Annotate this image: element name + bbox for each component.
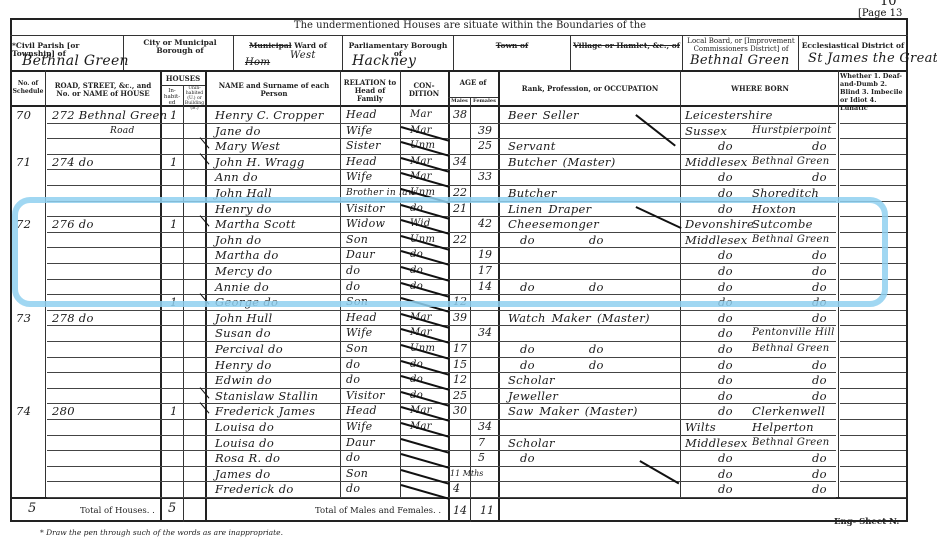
occupation: do do [520,342,604,356]
col-males: Males [449,98,470,104]
col-road: ROAD, STREET, &c., and No. or NAME of HO… [48,82,158,98]
birthplace-parish: do [812,311,827,325]
birthplace-parish: do [812,467,827,481]
house-address: 278 do [52,311,94,325]
row-divider-infirmity [840,154,906,155]
female-age: 34 [478,420,492,434]
row-divider-infirmity [840,123,906,124]
schedule-number: 73 [16,311,31,325]
relation: Head [346,155,377,169]
birthplace-county: do [718,311,733,325]
col-schedule: No. of Schedule [11,80,45,96]
birthplace-county: do [718,373,733,387]
row-divider-infirmity [840,185,906,186]
civil-parish-value: Bethnal Green [22,54,129,68]
birthplace-parish: do [812,170,827,184]
person-name: Stanislaw Stallin [215,389,318,403]
birthplace-parish: do [812,482,827,496]
ward-value-struck: Hom [245,56,270,70]
relation: Daur [346,436,375,450]
birthplace-parish: Bethnal Green [752,155,829,169]
col-age: AGE of [452,79,494,87]
city-borough-label: City or Municipal Borough of [140,39,220,55]
female-age: 7 [478,436,485,450]
inhabited-count: 1 [170,108,178,122]
male-age: 30 [453,404,467,418]
total-houses-left: 5 [28,502,37,516]
person-name: Jane do [215,124,261,138]
person-name: Louisa do [215,420,274,434]
person-name: Rosa R. do [215,451,280,465]
highlight-schedule-72 [12,197,888,307]
male-age: 15 [453,358,467,372]
birthplace-county: Middlesex [685,155,748,169]
birthplace-county: Sussex [685,124,727,138]
birthplace-county: do [718,467,733,481]
male-age: 17 [453,342,467,356]
row-divider-infirmity [840,481,906,482]
inhabited-count: 1 [170,155,178,169]
birthplace-parish: do [812,139,827,153]
local-board-label: Local Board, or [Improvement Commissione… [685,37,797,53]
relation: Head [346,311,377,325]
female-age: 5 [478,451,485,465]
occupation: Scholar [508,436,555,450]
birthplace-county: do [718,404,733,418]
person-name: Edwin do [215,373,272,387]
occupation: Beer Seller [508,108,579,122]
row-divider-infirmity [840,450,906,451]
col-where-born: WHERE BORN [690,85,830,93]
sheet-label: Eng- Sheet N. [834,517,899,527]
birthplace-parish: do [812,358,827,372]
birthplace-county: do [718,170,733,184]
birthplace-county: do [718,326,733,340]
row-divider-infirmity [840,341,906,342]
relation: Wife [346,170,372,184]
total-males: 14 [453,504,467,518]
schedule-number: 71 [16,155,31,169]
relation: Head [346,404,377,418]
person-name: John Hull [215,311,273,325]
male-age: 12 [453,373,467,387]
row-divider-infirmity [840,388,906,389]
birthplace-county: do [718,389,733,403]
inhabited-count: 1 [170,404,178,418]
male-age: 38 [453,108,467,122]
male-age: 39 [453,311,467,325]
col-name: NAME and Surname of each Person [210,82,338,98]
relation: Son [346,467,368,481]
condition: Mar [410,108,432,122]
male-age: 11 Mths [450,467,483,481]
row-divider-infirmity [840,357,906,358]
person-name: Henry C. Cropper [215,108,324,122]
birthplace-parish: Hurstpierpoint [752,124,832,138]
schedule-number: 70 [16,108,31,122]
person-name: Frederick James [215,404,315,418]
birthplace-county: Leicestershire [685,108,773,122]
female-age: 25 [478,139,492,153]
occupation: Butcher (Master) [508,155,616,169]
person-name: Frederick do [215,482,294,496]
occupation: Jeweller [508,389,558,403]
birthplace-county: Wilts [685,420,716,434]
relation: Son [346,342,368,356]
row-divider-infirmity [840,435,906,436]
person-name: Mary West [215,139,280,153]
relation: do [346,358,360,372]
form-title: The undermentioned Houses are situate wi… [230,20,710,31]
row-divider-infirmity [840,419,906,420]
occupation: Saw Maker (Master) [508,404,638,418]
parliamentary-borough-value: Hackney [352,54,416,68]
person-name: Percival do [215,342,283,356]
female-age: 34 [478,326,492,340]
person-name: James do [215,467,270,481]
birthplace-county: do [718,482,733,496]
birthplace-parish: Bethnal Green [752,342,829,356]
female-age: 39 [478,124,492,138]
birthplace-parish: Clerkenwell [752,404,825,418]
row-divider-infirmity [840,310,906,311]
row-divider-infirmity [840,372,906,373]
birthplace-county: do [718,139,733,153]
male-age: 25 [453,389,467,403]
person-name: John H. Wragg [215,155,305,169]
total-houses-inhabited: 5 [168,502,177,516]
schedule-number: 74 [16,404,31,418]
relation: Wife [346,124,372,138]
total-females: 11 [480,504,494,518]
col-occupation: Rank, Profession, or OCCUPATION [505,85,675,93]
relation: do [346,451,360,465]
house-address: Road [110,124,135,138]
person-name: Susan do [215,326,271,340]
person-name: Louisa do [215,436,274,450]
birthplace-parish: do [812,451,827,465]
birthplace-county: do [718,358,733,372]
relation: do [346,482,360,496]
ward-label-struck: Municipal [249,41,291,50]
row-divider-infirmity [840,497,906,498]
birthplace-parish: do [812,373,827,387]
col-houses: HOUSES [161,75,205,83]
row-divider-infirmity [840,325,906,326]
col-uninhabited: Unin-habited (U.) or Building (B.) [184,86,205,111]
house-address: 274 do [52,155,94,169]
birthplace-county: do [718,451,733,465]
col-condition: CON-DITION [402,82,446,98]
ecclesiastical-label: Ecclesiastical District of [800,42,906,50]
total-houses-label: Total of Houses. . [80,506,155,516]
birthplace-parish: Pentonville Hill [752,326,835,340]
birthplace-parish: do [812,389,827,403]
col-females: Females [471,98,498,104]
relation: Wife [346,420,372,434]
village-label: Village or Hamlet, &c., of [573,42,680,50]
town-label: Town of [456,42,568,50]
footnote: * Draw the pen through such of the words… [40,528,283,537]
row-divider-infirmity [840,169,906,170]
house-address: 280 [52,404,75,418]
relation: do [346,373,360,387]
male-age: 34 [453,155,467,169]
col-infirmity: Whether 1. Deaf-and-Dumb 2. Blind 3. Imb… [840,72,906,112]
relation: Sister [346,139,381,153]
occupation: do [520,451,535,465]
male-age: 4 [453,482,460,496]
ward-label: Municipal Ward of [236,42,340,50]
relation: Wife [346,326,372,340]
occupation: Scholar [508,373,555,387]
total-persons-label: Total of Males and Females. . [315,506,441,516]
person-name: Ann do [215,170,258,184]
row-divider-infirmity [840,466,906,467]
occupation: Servant [508,139,556,153]
birthplace-parish: Helperton [752,420,814,434]
relation: Visitor [346,389,385,403]
relation: Head [346,108,377,122]
col-inhabited: In-habit-ed [161,88,183,106]
ecclesiastical-value: St James the Great [808,52,937,66]
person-name: Henry do [215,358,272,372]
birthplace-parish: Bethnal Green [752,436,829,450]
row-divider-infirmity [840,403,906,404]
female-age: 33 [478,170,492,184]
birthplace-county: Middlesex [685,436,748,450]
row-divider-infirmity [840,138,906,139]
local-board-value: Bethnal Green [690,54,790,68]
house-address: 272 Bethnal Green [52,108,167,122]
occupation: Watch Maker (Master) [508,311,650,325]
birthplace-county: do [718,342,733,356]
occupation: do do [520,358,604,372]
ward-value: West [290,49,316,63]
col-relation: RELATION to Head of Family [342,79,398,103]
